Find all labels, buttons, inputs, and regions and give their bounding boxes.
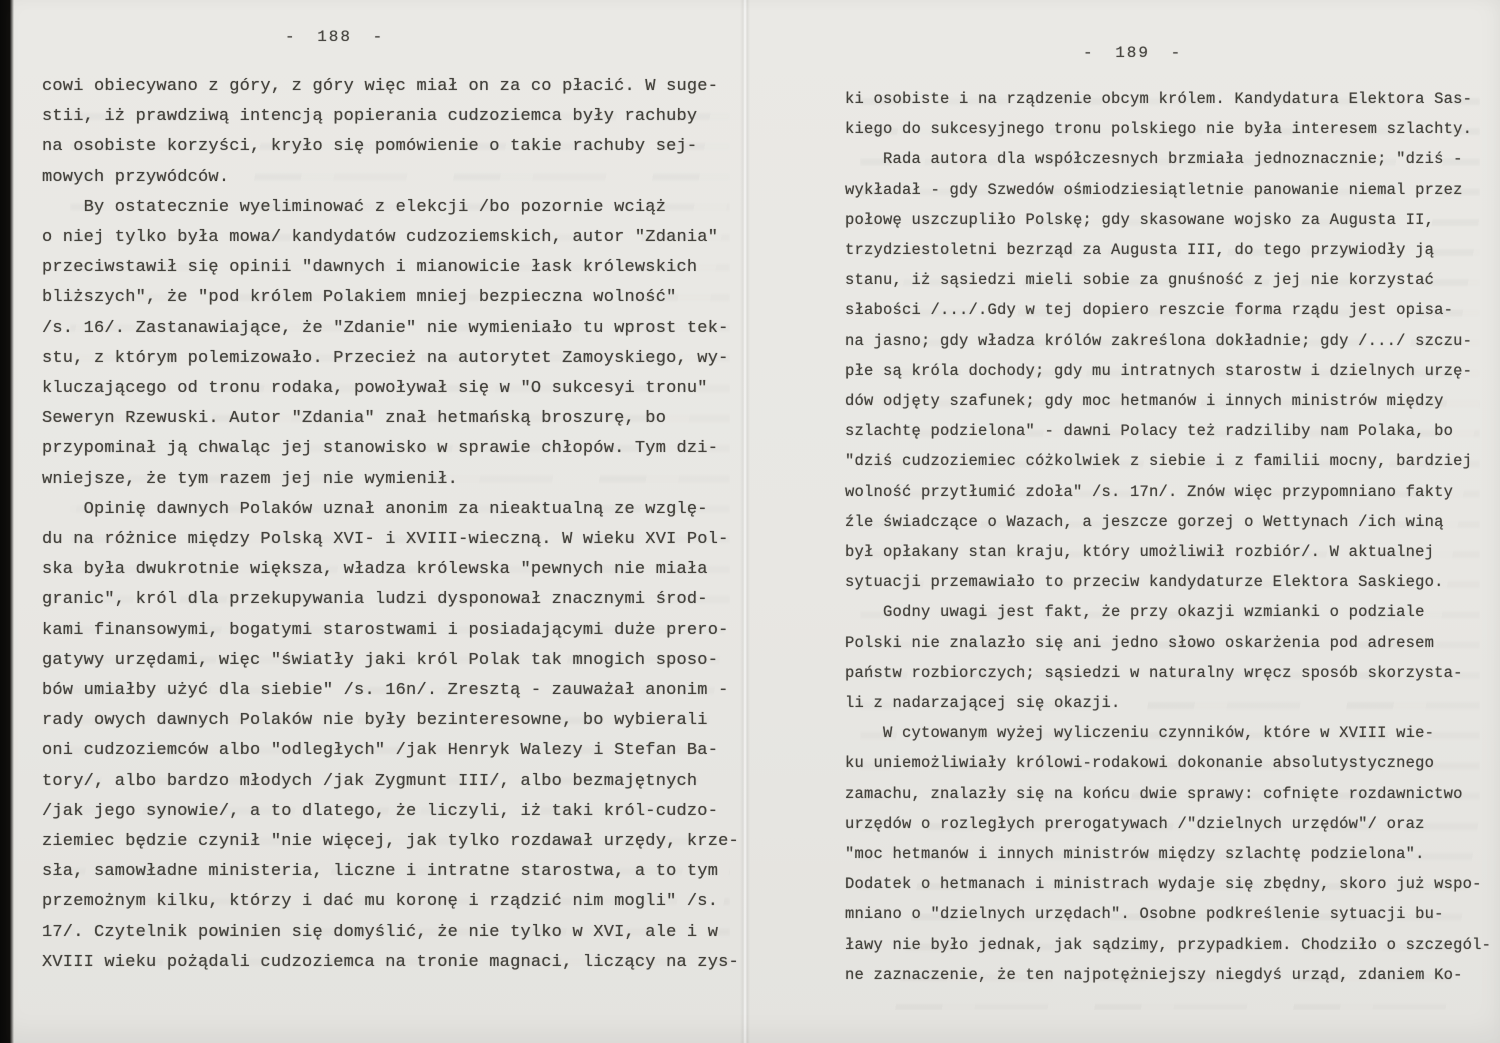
page-189-body-text: ki osobiste i na rządzenie obcym królem.… [845,84,1491,990]
page-number-189: - 189 - [1083,44,1182,62]
page-188: - 188 - cowi obiecywano z góry, z góry w… [42,28,744,1018]
scanner-edge-strip [0,0,14,1043]
page-188-body-text: cowi obiecywano z góry, z góry więc miał… [42,72,739,978]
page-189: - 189 - ki osobiste i na rządzenie obcym… [845,44,1477,1019]
page-number-188: - 188 - [285,28,384,46]
book-scan: - 188 - cowi obiecywano z góry, z góry w… [0,0,1500,1043]
